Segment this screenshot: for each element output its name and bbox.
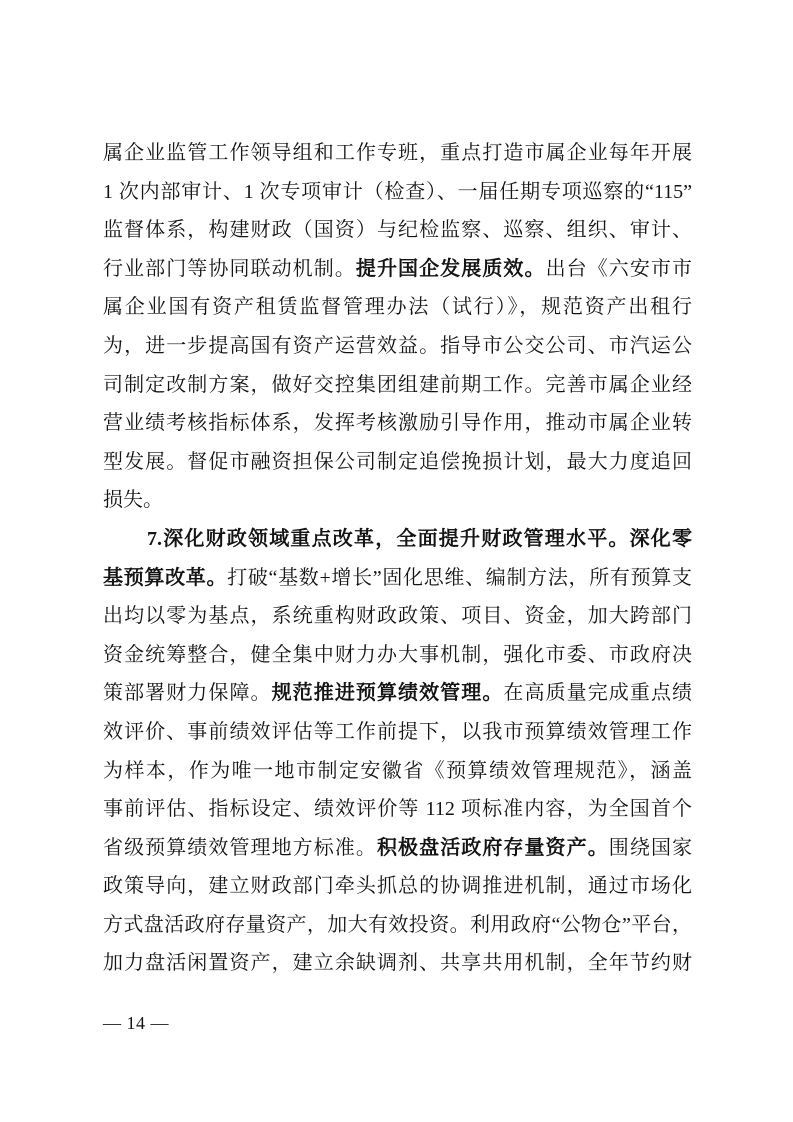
text-segment: 打破“基数+增长”固化思维、编制方法，所有预算支 xyxy=(227,567,692,589)
section-heading: 7.深化财政领域重点改革，全面提升财政管理水平。深化零 xyxy=(147,528,692,550)
text-line: 为，进一步提高国有资产运营效益。指导市公交公司、市汽运公 xyxy=(103,327,692,366)
text-segment: 为，进一步提高国有资产运营效益。指导市公交公司、市汽运公 xyxy=(103,335,692,357)
text-line: 为样本，作为唯一地市制定安徽省《预算绩效管理规范》，涵盖 xyxy=(103,752,692,791)
text-line: 效评价、事前绩效评估等工作前提下，以我市预算绩效管理工作 xyxy=(103,713,692,752)
text-segment: 行业部门等协同联动机制。 xyxy=(103,258,356,280)
text-segment: 政策导向，建立财政部门牵头抓总的协调推进机制，通过市场化 xyxy=(103,875,692,897)
text-segment: 在高质量完成重点绩 xyxy=(503,682,692,704)
body-text: 属企业监管工作领导组和工作专班，重点打造市属企业每年开展 1 次内部审计、1 次… xyxy=(103,134,692,983)
text-segment: 围绕国家 xyxy=(609,837,692,859)
text-segment: 为样本，作为唯一地市制定安徽省《预算绩效管理规范》，涵盖 xyxy=(103,760,692,782)
text-segment: 属企业监管工作领导组和工作专班，重点打造市属企业每年开展 xyxy=(103,142,692,164)
text-line: 1 次内部审计、1 次专项审计（检查）、一届任期专项巡察的“115” xyxy=(103,173,692,212)
text-segment: 加力盘活闲置资产，建立余缺调剂、共享共用机制，全年节约财 xyxy=(103,952,692,974)
text-line: 政策导向，建立财政部门牵头抓总的协调推进机制，通过市场化 xyxy=(103,867,692,906)
text-line: 方式盘活政府存量资产，加大有效投资。利用政府“公物仓”平台， xyxy=(103,906,692,945)
text-segment: 出均以零为基点，系统重构财政政策、项目、资金，加大跨部门 xyxy=(103,605,692,627)
text-line: 加力盘活闲置资产，建立余缺调剂、共享共用机制，全年节约财 xyxy=(103,944,692,983)
section-heading-line: 7.深化财政领域重点改革，全面提升财政管理水平。深化零 xyxy=(103,520,692,559)
text-segment: 省级预算绩效管理地方标准。 xyxy=(103,837,377,859)
text-line: 策部署财力保障。规范推进预算绩效管理。在高质量完成重点绩 xyxy=(103,674,692,713)
text-line: 司制定改制方案，做好交控集团组建前期工作。完善市属企业经 xyxy=(103,366,692,405)
text-segment: 1 次内部审计、1 次专项审计（检查）、一届任期专项巡察的“115” xyxy=(103,181,692,203)
text-line: 型发展。督促市融资担保公司制定追偿挽损计划，最大力度追回 xyxy=(103,443,692,482)
page-number: — 14 — xyxy=(103,1010,169,1036)
text-segment: 策部署财力保障。 xyxy=(103,682,272,704)
text-segment: 效评价、事前绩效评估等工作前提下，以我市预算绩效管理工作 xyxy=(103,721,692,743)
document-page: 属企业监管工作领导组和工作专班，重点打造市属企业每年开展 1 次内部审计、1 次… xyxy=(0,0,793,1122)
text-segment: 出台《六安市市 xyxy=(546,258,692,280)
text-line: 监督体系，构建财政（国资）与纪检监察、巡察、组织、审计、 xyxy=(103,211,692,250)
text-segment: 监督体系，构建财政（国资）与纪检监察、巡察、组织、审计、 xyxy=(103,219,692,241)
text-line: 出均以零为基点，系统重构财政政策、项目、资金，加大跨部门 xyxy=(103,597,692,636)
bold-subheading: 提升国企发展质效。 xyxy=(356,258,546,280)
text-line: 属企业国有资产租赁监督管理办法（试行）》，规范资产出租行 xyxy=(103,288,692,327)
text-segment: 司制定改制方案，做好交控集团组建前期工作。完善市属企业经 xyxy=(103,374,692,396)
text-segment: 方式盘活政府存量资产，加大有效投资。利用政府“公物仓”平台， xyxy=(103,914,692,936)
text-line: 省级预算绩效管理地方标准。积极盘活政府存量资产。围绕国家 xyxy=(103,829,692,868)
bold-subheading: 积极盘活政府存量资产。 xyxy=(377,837,609,859)
text-segment: 事前评估、指标设定、绩效评价等 112 项标准内容，为全国首个 xyxy=(103,798,692,820)
text-line: 基预算改革。打破“基数+增长”固化思维、编制方法，所有预算支 xyxy=(103,559,692,598)
text-line: 属企业监管工作领导组和工作专班，重点打造市属企业每年开展 xyxy=(103,134,692,173)
text-segment: 型发展。督促市融资担保公司制定追偿挽损计划，最大力度追回 xyxy=(103,451,692,473)
text-segment: 资金统筹整合，健全集中财力办大事机制，强化市委、市政府决 xyxy=(103,644,692,666)
bold-subheading: 基预算改革。 xyxy=(103,567,227,589)
text-segment: 属企业国有资产租赁监督管理办法（试行）》，规范资产出租行 xyxy=(103,296,692,318)
text-line: 损失。 xyxy=(103,481,692,520)
text-line: 营业绩考核指标体系，发挥考核激励引导作用，推动市属企业转 xyxy=(103,404,692,443)
bold-subheading: 规范推进预算绩效管理。 xyxy=(272,682,504,704)
text-segment: 损失。 xyxy=(103,489,163,511)
text-segment: 营业绩考核指标体系，发挥考核激励引导作用，推动市属企业转 xyxy=(103,412,692,434)
text-line: 事前评估、指标设定、绩效评价等 112 项标准内容，为全国首个 xyxy=(103,790,692,829)
text-line: 资金统筹整合，健全集中财力办大事机制，强化市委、市政府决 xyxy=(103,636,692,675)
text-line: 行业部门等协同联动机制。提升国企发展质效。出台《六安市市 xyxy=(103,250,692,289)
